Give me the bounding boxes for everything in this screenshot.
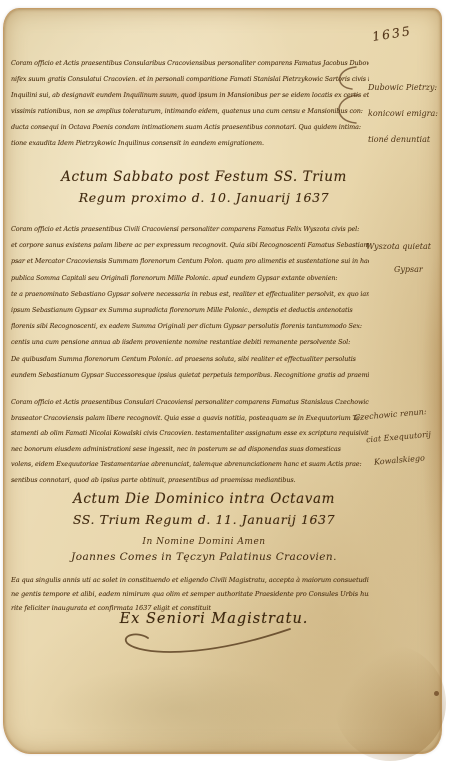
heading-actum-dominico: Actum Die Dominico intra Octavam SS. Tri… — [24, 489, 384, 530]
manuscript-line: eundem Sebastianum Gypsar Successoresque… — [11, 367, 369, 383]
entry-election: Ea qua singulis annis uti ac solet in co… — [11, 573, 369, 615]
manuscript-line: nec bonorum eiusdem administrationi sese… — [11, 442, 369, 458]
heading-actum-sabbato: Actum Sabbato post Festum SS. Trium Regu… — [24, 167, 384, 208]
palatine-line: Joannes Comes in Tęczyn Palatinus Cracov… — [24, 551, 384, 563]
manuscript-line: te a praenominato Sebastiano Gypsar solv… — [11, 286, 369, 302]
heading-line: SS. Trium Regum d. 11. Januarij 1637 — [24, 510, 384, 530]
manuscript-line: sentibus connotari, quod ab ipsius parte… — [11, 473, 369, 489]
manuscript-line: tione exaudita Idem Pietrzykowic Inquili… — [11, 135, 369, 151]
manuscript-page: 1635 Coram officio et Actis praesentibus… — [3, 8, 442, 754]
manuscript-line: Inquilini sui, ab designavit eundem Inqu… — [11, 87, 369, 103]
invocation-line: In Nomine Domini Amen — [24, 537, 384, 547]
margin-note-line: Dubowic Pietrzy: — [368, 75, 438, 101]
manuscript-line: vissimis rationibus, non se amplius tole… — [11, 103, 369, 119]
manuscript-line: centis una cum pensione annua ab iisdem … — [11, 334, 369, 350]
paper-stain — [334, 645, 446, 761]
margin-note-czechowic: Czechowic renun: ciat Exequutorij Kowals… — [353, 400, 434, 475]
margin-note-dubowic: Dubowic Pietrzy: konicowi emigra: tioné … — [368, 75, 438, 153]
manuscript-line: psar et Mercator Cracoviensis Summam flo… — [11, 253, 369, 269]
margin-note-wyszota: Wyszota quietat Gypsar — [366, 235, 431, 281]
manuscript-line: braseator Cracoviensis palam libere reco… — [11, 411, 369, 427]
manuscript-line: ne gentis tempore et alibi, eadem nimiru… — [11, 587, 369, 601]
closing-line: Ex Seniori Magistratu. — [64, 611, 364, 627]
margin-note-line: tioné denuntiat — [368, 127, 438, 153]
entry-dubowic: Coram officio et Actis praesentibus Cons… — [11, 55, 369, 151]
manuscript-line: Coram officio et Actis praesentibus Civi… — [11, 221, 369, 237]
manuscript-line: volens, eidem Exequutoriae Testamentaria… — [11, 457, 369, 473]
manuscript-line: Coram officio et Actis praesentibus Cons… — [11, 395, 369, 411]
manuscript-line: publica Somma Capitali seu Originali flo… — [11, 270, 369, 286]
scan-background: 1635 Coram officio et Actis praesentibus… — [0, 0, 450, 766]
manuscript-line: Coram officio et Actis praesentibus Cons… — [11, 55, 369, 71]
ink-spot — [434, 691, 439, 696]
paper-stain — [48, 665, 308, 751]
manuscript-line: ducta consequi in Octava Poenis condam i… — [11, 119, 369, 135]
entry-czechowic: Coram officio et Actis praesentibus Cons… — [11, 395, 369, 489]
manuscript-line: ipsum Sebastianum Gypsar ex Summa suprad… — [11, 302, 369, 318]
manuscript-line: et corpore sanus existens palam libere a… — [11, 237, 369, 253]
margin-note-line: Gypsar — [366, 258, 431, 281]
manuscript-line: stamenti ab olim Famati Nicolai Kowalski… — [11, 426, 369, 442]
manuscript-line: florenis sibi Recognoscenti, ex eadem Su… — [11, 318, 369, 334]
closing-swash-flourish — [122, 623, 322, 663]
manuscript-line: Ea qua singulis annis uti ac solet in co… — [11, 573, 369, 587]
heading-line: Actum Sabbato post Festum SS. Trium — [24, 167, 384, 188]
heading-line: Regum proximo d. 10. Januarij 1637 — [24, 188, 384, 208]
margin-note-line: Wyszota quietat — [366, 235, 431, 258]
folio-number: 1635 — [371, 23, 413, 44]
manuscript-line: nifex suum gratis Consulatui Cracovien. … — [11, 71, 369, 87]
margin-note-line: konicowi emigra: — [368, 101, 438, 127]
entry-wyszota: Coram officio et Actis praesentibus Civi… — [11, 221, 369, 383]
heading-line: Actum Die Dominico intra Octavam — [24, 489, 384, 510]
manuscript-line: De quibusdam Summa florenorum Centum Pol… — [11, 351, 369, 367]
